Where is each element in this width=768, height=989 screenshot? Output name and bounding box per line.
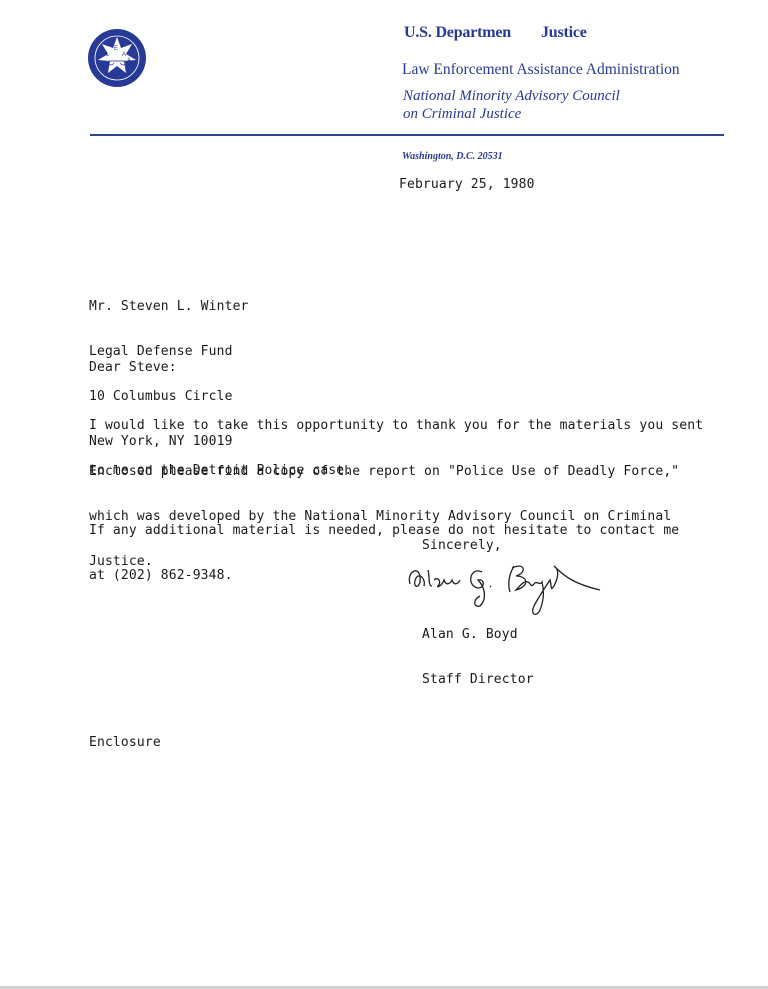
city-address: Washington, D.C. 20531 (402, 151, 503, 162)
department-heading: U.S. DepartmenJustice (404, 24, 587, 42)
paragraph-line: Enclosed please find a copy of the repor… (89, 464, 679, 479)
paragraph-line: I would like to take this opportunity to… (89, 418, 703, 433)
paragraph-line: If any additional material is needed, pl… (89, 523, 679, 538)
enclosure-note: Enclosure (89, 735, 161, 750)
department-name-part: Justice (541, 24, 587, 41)
salutation: Dear Steve: (89, 360, 177, 375)
address-line: Mr. Steven L. Winter (89, 299, 249, 314)
council-line: on Criminal Justice (403, 105, 620, 123)
department-name-part: U.S. Departmen (404, 24, 511, 41)
council-line: National Minority Advisory Council (403, 87, 620, 105)
svg-text:A: A (127, 58, 131, 64)
letter-date: February 25, 1980 (399, 177, 535, 192)
agency-name: Law Enforcement Assistance Administratio… (402, 61, 680, 79)
svg-text:E: E (114, 46, 118, 52)
address-line: Legal Defense Fund (89, 344, 249, 359)
council-name: National Minority Advisory Council on Cr… (403, 87, 620, 123)
signer-name: Alan G. Boyd (422, 627, 534, 642)
signer-title: Staff Director (422, 672, 534, 687)
leaa-seal-logo: L E A A (87, 28, 147, 88)
svg-text:A: A (122, 52, 126, 58)
closing: Sincerely, (422, 538, 502, 553)
signature-block: Alan G. Boyd Staff Director (422, 597, 534, 702)
letterhead-divider (90, 134, 724, 136)
